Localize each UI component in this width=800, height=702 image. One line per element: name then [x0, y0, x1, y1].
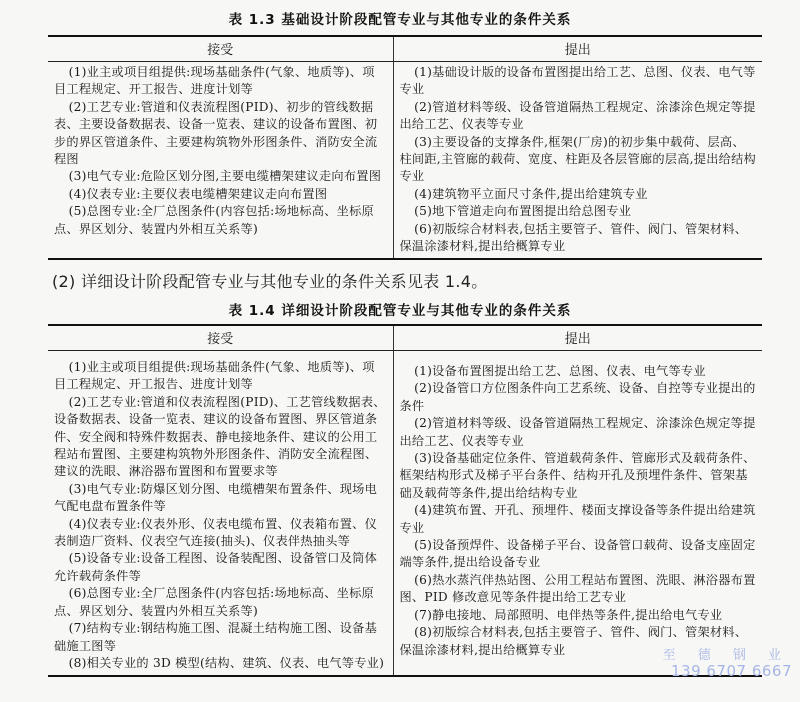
- list-item: (2)管道材料等级、设备管道隔热工程规定、涂漆涂色规定等提出给工艺、仪表等专业: [400, 415, 757, 450]
- list-item: (7)静电接地、局部照明、电伴热等条件,提出给电气专业: [400, 607, 757, 624]
- receive-column: (1)业主或项目组提供:现场基础条件(气象、地质等)、项目工程规定、开工报告、进…: [48, 62, 393, 260]
- list-item: (2)管道材料等级、设备管道隔热工程规定、涂漆涂色规定等提出给工艺、仪表等专业: [400, 99, 757, 134]
- list-item: (3)电气专业:危险区划分图,主要电缆槽架建议走向布置图: [54, 168, 387, 185]
- list-item: (6)热水蒸汽伴热站图、公用工程站布置图、洗眼、淋浴器布置图、PID 修改意见等…: [400, 572, 757, 607]
- list-item: (1)业主或项目组提供:现场基础条件(气象、地质等)、项目工程规定、开工报告、进…: [54, 64, 387, 99]
- watermark-company: 至 德 钢 业: [663, 644, 790, 663]
- list-item: (5)地下管道走向布置图提出给总图专业: [400, 203, 757, 220]
- list-item: (1)业主或项目组提供:现场基础条件(气象、地质等)、项目工程规定、开工报告、进…: [54, 359, 387, 394]
- list-item: (5)设备预焊件、设备梯子平台、设备管口载荷、设备支座固定端等条件,提出给设备专…: [400, 537, 757, 572]
- list-item: (1)设备布置图提出给工艺、总图、仪表、电气等专业: [400, 363, 757, 380]
- header-provide: 提出: [393, 325, 762, 351]
- list-item: (4)建筑布置、开孔、预埋件、楼面支撑设备等条件提出给建筑专业: [400, 502, 757, 537]
- table-1-3-caption: 表 1.3 基础设计阶段配管专业与其他专业的条件关系: [0, 8, 800, 28]
- table-1-3: 接受 提出 (1)业主或项目组提供:现场基础条件(气象、地质等)、项目工程规定、…: [48, 35, 762, 260]
- watermark-phone: 139 6707 6667: [671, 662, 792, 680]
- list-item: (3)电气专业:防爆区划分图、电缆槽架布置条件、现场电气配电盘布置条件等: [54, 481, 387, 516]
- list-item: (2)设备管口方位图条件向工艺系统、设备、自控等专业提出的条件: [400, 380, 757, 415]
- list-item: (7)结构专业:钢结构施工图、混凝土结构施工图、设备基础施工图等: [54, 620, 387, 655]
- list-item: (2)工艺专业:管道和仪表流程图(PID)、初步的管线数据表、主要设备数据表、设…: [54, 99, 387, 169]
- body-paragraph: (2) 详细设计阶段配管专业与其他专业的条件关系见表 1.4。: [52, 269, 488, 292]
- provide-column: (1)基础设计版的设备布置图提出给工艺、总图、仪表、电气等专业 (2)管道材料等…: [393, 62, 762, 260]
- list-item: (4)仪表专业:仪表外形、仪表电缆布置、仪表箱布置、仪表制造厂资料、仪表空气连接…: [54, 516, 387, 551]
- list-item: (3)设备基础定位条件、管道载荷条件、管廊形式及载荷条件、框架结构形式及梯子平台…: [400, 450, 757, 502]
- receive-column: (1)业主或项目组提供:现场基础条件(气象、地质等)、项目工程规定、开工报告、进…: [48, 351, 393, 677]
- header-provide: 提出: [393, 36, 762, 62]
- list-item: (6)总图专业:全厂总图条件(内容包括:场地标高、坐标原点、界区划分、装置内外相…: [54, 585, 387, 620]
- provide-column: (1)设备布置图提出给工艺、总图、仪表、电气等专业 (2)设备管口方位图条件向工…: [393, 351, 762, 677]
- list-item: (5)总图专业:全厂总图条件(内容包括:场地标高、坐标原点、界区划分、装置内外相…: [54, 203, 387, 238]
- list-item: (8)相关专业的 3D 模型(结构、建筑、仪表、电气等专业): [54, 655, 387, 672]
- list-item: (4)仪表专业:主要仪表电缆槽架建议走向布置图: [54, 186, 387, 203]
- list-item: (3)主要设备的支撑条件,框架(厂房)的初步集中载荷、层高、柱间距,主管廊的载荷…: [400, 134, 757, 186]
- header-receive: 接受: [48, 325, 393, 351]
- list-item: (2)工艺专业:管道和仪表流程图(PID)、工艺管线数据表、设备数据表、设备一览…: [54, 394, 387, 481]
- table-1-4-caption: 表 1.4 详细设计阶段配管专业与其他专业的条件关系: [0, 299, 800, 319]
- header-receive: 接受: [48, 36, 393, 62]
- list-item: (6)初版综合材料表,包括主要管子、管件、阀门、管架材料、保温涂漆材料,提出给概…: [400, 221, 757, 256]
- list-item: (1)基础设计版的设备布置图提出给工艺、总图、仪表、电气等专业: [400, 64, 757, 99]
- list-item: (5)设备专业:设备工程图、设备装配图、设备管口及筒体允许载荷条件等: [54, 550, 387, 585]
- table-1-4: 接受 提出 (1)业主或项目组提供:现场基础条件(气象、地质等)、项目工程规定、…: [48, 324, 762, 677]
- list-item: (4)建筑物平立面尺寸条件,提出给建筑专业: [400, 186, 757, 203]
